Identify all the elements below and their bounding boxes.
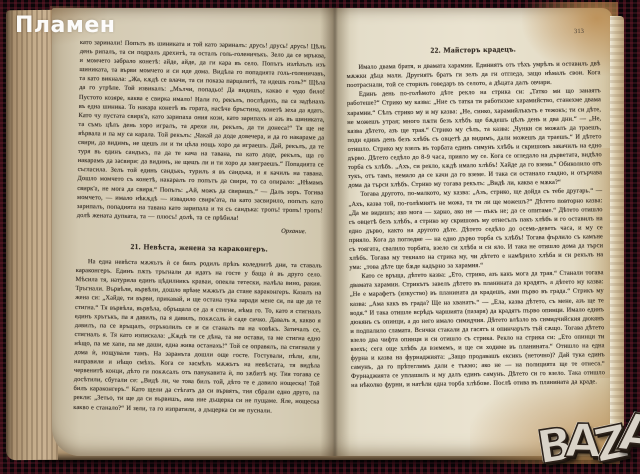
left-page: като заринали! Попътъ въ шиниката и той … — [52, 8, 334, 456]
story-22-paragraph: Като се връща, дѣтето казва: „Ето, стрик… — [349, 268, 605, 390]
story-22-paragraph: Имало двама братя, и двамата харамии. Ед… — [346, 59, 600, 90]
left-fore-edge — [6, 10, 58, 461]
story-22-heading: 22. Майсторъ крадецъ. — [346, 43, 600, 56]
story-20-attribution: Орхание. — [76, 223, 322, 237]
left-page-text-block: като заринали! Попътъ въ шиниката и той … — [72, 38, 326, 454]
book-gutter-shadow — [320, 8, 350, 456]
story-20-continuation-text: като заринали! Попътъ въ шиниката и той … — [77, 38, 326, 224]
story-22-paragraph: Единъ день по-голѣмото дѣте рекло на стр… — [347, 87, 602, 191]
story-21-text: На една невѣста мѫжътъ ѝ се билъ родилъ … — [73, 257, 322, 416]
right-fore-edge — [610, 16, 624, 454]
bazar-logo-watermark: BAZAR — [536, 410, 640, 471]
book-photo-scene: като заринали! Попътъ въ шиниката и той … — [0, 0, 640, 474]
right-page: 313 22. Майсторъ крадецъ. Имало двама бр… — [334, 8, 612, 456]
seller-name-watermark: Пламен — [15, 13, 115, 38]
story-21-heading: 21. Невѣста, женена за караконгеръ. — [76, 241, 322, 255]
right-page-text-block: 22. Майсторъ крадецъ. Имало двама братя,… — [346, 34, 606, 442]
story-22-paragraph: Тогава другото, по-малкото, му казва: „А… — [348, 187, 603, 273]
